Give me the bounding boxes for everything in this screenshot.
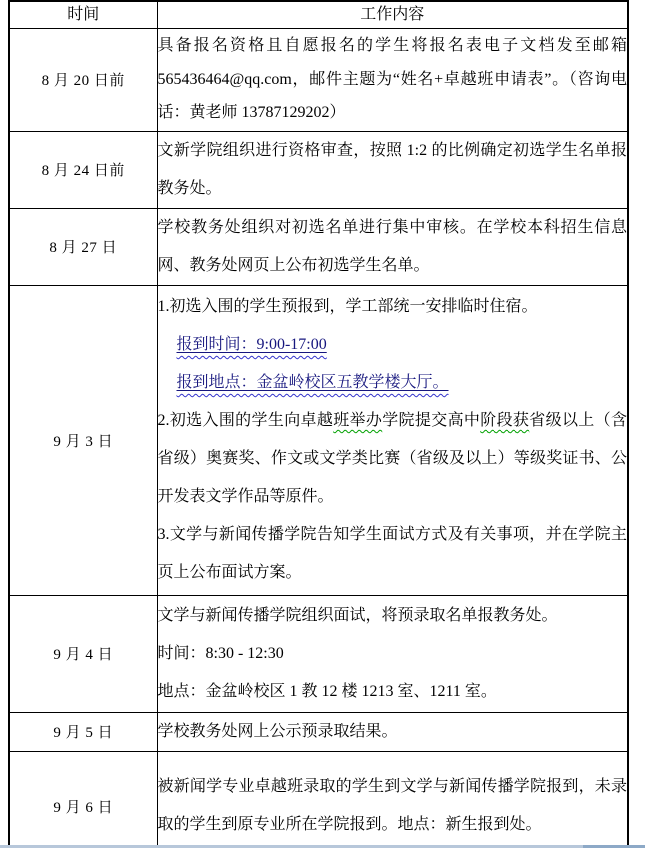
paragraph: 报到地点：金盆岭校区五教学楼大厅。: [158, 364, 628, 402]
text-segment: 学院提交高中: [382, 412, 480, 429]
date-label: 9 月 6 日: [9, 751, 157, 845]
row-content: 1.初选入围的学生预报到，学工部统一安排临时住宿。 报到时间：9:00-17:0…: [157, 285, 628, 595]
row-content: 文学与新闻传播学院组织面试，将预录取名单报教务处。 时间：8:30 - 12:3…: [157, 595, 628, 712]
paragraph: 学校教务处网上公示预录取结果。: [158, 715, 628, 748]
table-row-sep5: 9 月 5 日 学校教务处网上公示预录取结果。: [9, 712, 628, 751]
text-segment: 2.初选入围的学生向卓越: [158, 412, 334, 429]
date-label: 9 月 5 日: [9, 712, 157, 751]
table-row-sep3: 9 月 3 日 1.初选入围的学生预报到，学工部统一安排临时住宿。 报到时间：9…: [9, 285, 628, 595]
row-content: 被新闻学专业卓越班录取的学生到文学与新闻传播学院报到，未录取的学生到原专业所在学…: [157, 751, 628, 845]
table-row-aug27: 8 月 27 日 学校教务处组织对初选名单进行集中审核。在学校本科招生信息网、教…: [9, 208, 628, 285]
paragraph: 时间：8:30 - 12:30: [158, 635, 628, 673]
report-location-text: 报到地点：金盆岭校区五教学楼大厅。: [177, 374, 449, 391]
date-label: 9 月 4 日: [9, 595, 157, 712]
table-row-aug20: 8 月 20 日前 具备报名资格且自愿报名的学生将报名表电子文档发至邮箱5654…: [9, 28, 628, 131]
paragraph: 1.初选入围的学生预报到，学工部统一安排临时住宿。: [158, 288, 628, 326]
table-row-sep4: 9 月 4 日 文学与新闻传播学院组织面试，将预录取名单报教务处。 时间：8:3…: [9, 595, 628, 712]
paragraph: 具备报名资格且自愿报名的学生将报名表电子文档发至邮箱565436464@qq.c…: [158, 29, 628, 130]
paragraph: 报到时间：9:00-17:00: [158, 326, 628, 364]
date-label: 8 月 24 日前: [9, 131, 157, 208]
date-label: 8 月 27 日: [9, 208, 157, 285]
row-content: 文新学院组织进行资格审查，按照 1:2 的比例确定初选学生名单报教务处。: [157, 131, 628, 208]
horizontal-scrollbar[interactable]: [0, 845, 645, 848]
table-header-row: 时间 工作内容: [9, 1, 628, 28]
paragraph: 3.文学与新闻传播学院告知学生面试方式及有关事项，并在学院主页上公布面试方案。: [158, 516, 628, 592]
row-content: 学校教务处组织对初选名单进行集中审核。在学校本科招生信息网、教务处网页上公布初选…: [157, 208, 628, 285]
paragraph: 地点：金盆岭校区 1 教 12 楼 1213 室、1211 室。: [158, 673, 628, 711]
paragraph: 文学与新闻传播学院组织面试，将预录取名单报教务处。: [158, 597, 628, 635]
scrollbar-thumb[interactable]: [583, 845, 645, 848]
header-cell-time: 时间: [9, 1, 157, 28]
paragraph: 学校教务处组织对初选名单进行集中审核。在学校本科招生信息网、教务处网页上公布初选…: [158, 209, 628, 285]
document-page: 时间 工作内容 8 月 20 日前 具备报名资格且自愿报名的学生将报名表电子文档…: [8, 0, 631, 845]
header-cell-content: 工作内容: [157, 1, 628, 28]
row-content: 具备报名资格且自愿报名的学生将报名表电子文档发至邮箱565436464@qq.c…: [157, 28, 628, 131]
paragraph: 2.初选入围的学生向卓越班举办学院提交高中阶段获省级以上（含省级）奥赛奖、作文或…: [158, 402, 628, 516]
report-time-text: 报到时间：9:00-17:00: [177, 336, 327, 353]
date-label: 9 月 3 日: [9, 285, 157, 595]
row-content: 学校教务处网上公示预录取结果。: [157, 712, 628, 751]
report-time-link[interactable]: 报到时间：9:00-17:00: [177, 336, 327, 353]
paragraph: 文新学院组织进行资格审查，按照 1:2 的比例确定初选学生名单报教务处。: [158, 132, 628, 208]
schedule-table: 时间 工作内容 8 月 20 日前 具备报名资格且自愿报名的学生将报名表电子文档…: [8, 0, 629, 845]
table-row-aug24: 8 月 24 日前 文新学院组织进行资格审查，按照 1:2 的比例确定初选学生名…: [9, 131, 628, 208]
table-row-sep6: 9 月 6 日 被新闻学专业卓越班录取的学生到文学与新闻传播学院报到，未录取的学…: [9, 751, 628, 845]
grammar-squiggle: 班举办: [333, 412, 382, 429]
paragraph: 被新闻学专业卓越班录取的学生到文学与新闻传播学院报到，未录取的学生到原专业所在学…: [158, 768, 628, 844]
report-location-link[interactable]: 报到地点：金盆岭校区五教学楼大厅。: [177, 374, 449, 391]
grammar-squiggle: 阶段获: [480, 412, 529, 429]
date-label: 8 月 20 日前: [9, 28, 157, 131]
